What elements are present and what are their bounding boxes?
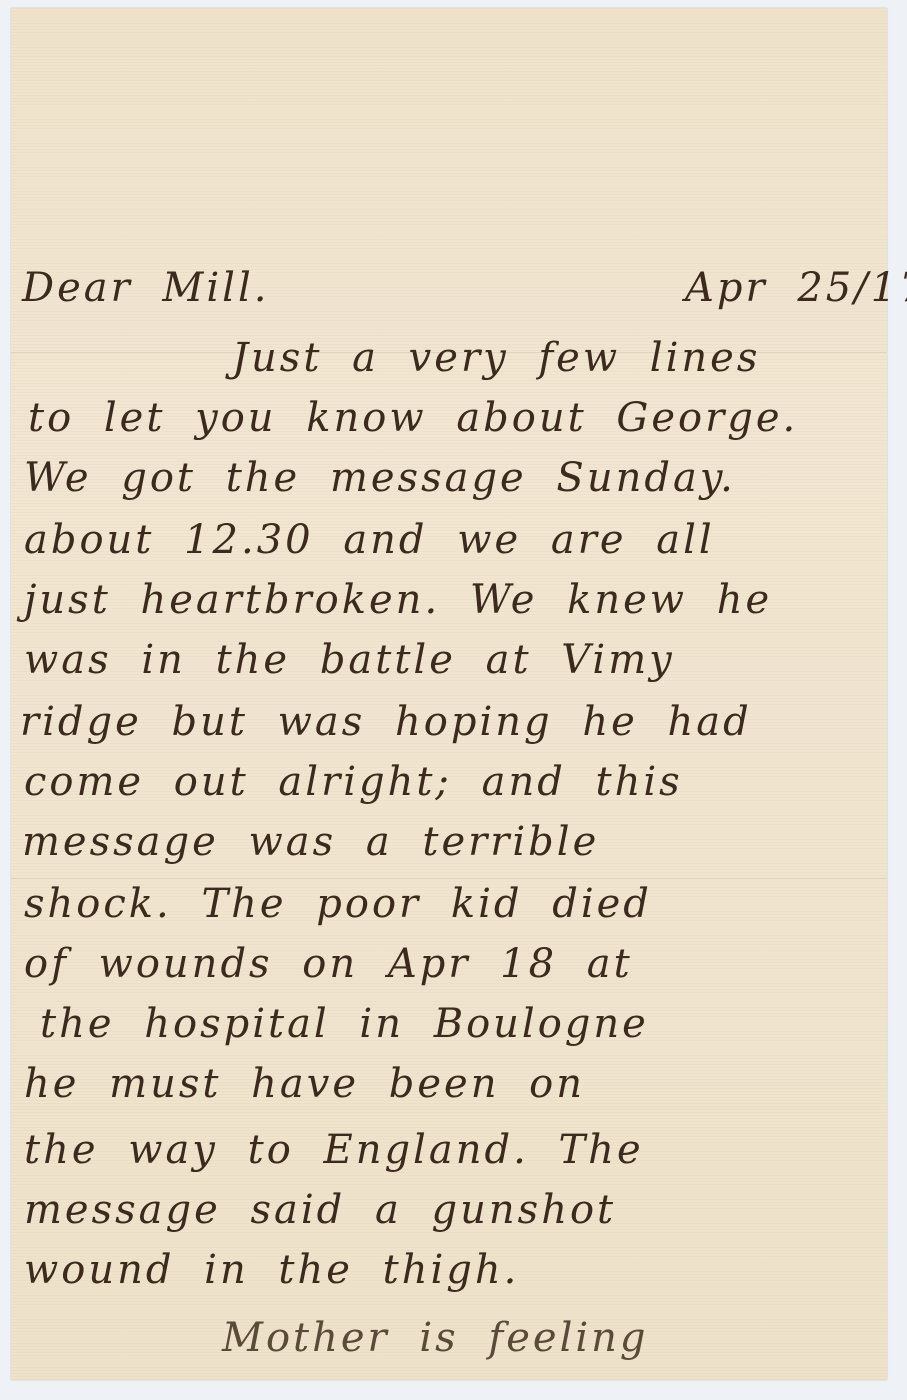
body-line: the hospital in Boulogne [40, 1004, 649, 1044]
body-line: come out alright; and this [24, 762, 683, 802]
fold-line-middle [11, 878, 887, 880]
body-line: of wounds on Apr 18 at [24, 944, 633, 984]
body-line: Just a very few lines [232, 338, 760, 378]
body-line: message said a gunshot [24, 1190, 616, 1230]
body-line: just heartbroken. We knew he [24, 580, 772, 620]
body-line: shock. The poor kid died [24, 884, 652, 924]
closing-line: Mother is feeling [222, 1318, 649, 1358]
body-line: about 12.30 and we are all [24, 520, 715, 560]
body-line: to let you know about George. [28, 398, 798, 438]
body-line: We got the message Sunday. [24, 458, 736, 498]
letter-date: Apr 25/17 [685, 268, 907, 308]
greeting: Dear Mill. [22, 268, 269, 308]
body-line: ridge but was hoping he had [20, 702, 752, 742]
letter-page [11, 8, 887, 1380]
body-line: wound in the thigh. [24, 1250, 519, 1290]
body-line: message was a terrible [22, 822, 599, 862]
body-line: was in the battle at Vimy [24, 640, 675, 680]
body-line: the way to England. The [24, 1130, 644, 1170]
body-line: he must have been on [24, 1064, 585, 1104]
